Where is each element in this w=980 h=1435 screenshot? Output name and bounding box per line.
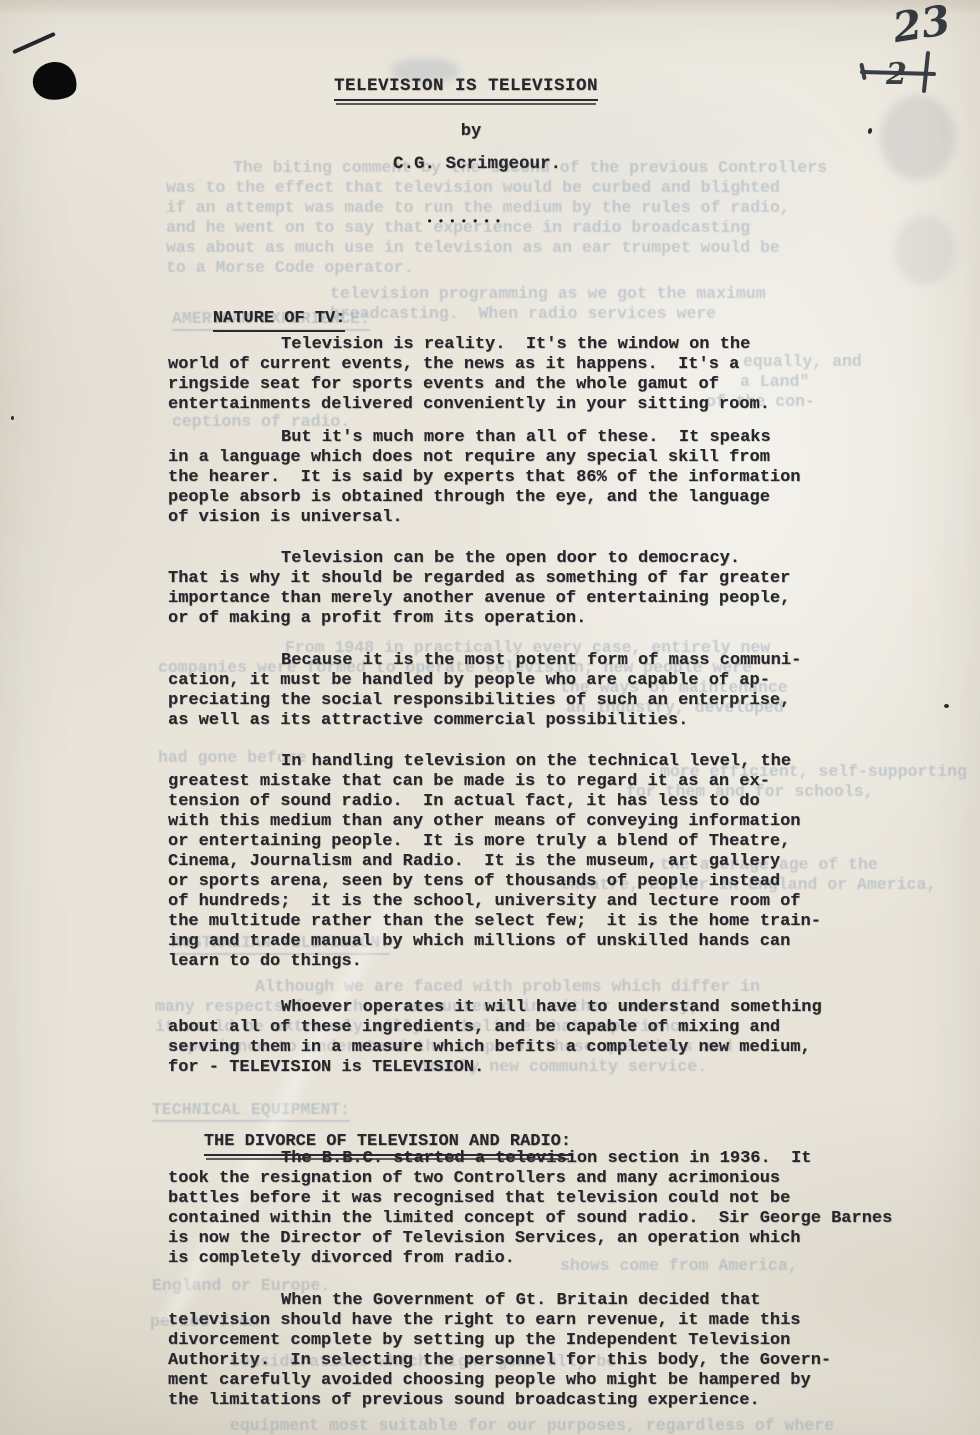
- typed-line: divorcement complete by setting up the I…: [168, 1331, 958, 1351]
- ghost-line: television programming as we got the max…: [330, 284, 766, 303]
- document-title: TELEVISION IS TELEVISION: [334, 76, 598, 101]
- typed-line: Whoever operates it will have to underst…: [168, 998, 958, 1018]
- typed-line: of vision is universal.: [168, 508, 958, 528]
- typed-line: people absorb is obtained through the ey…: [168, 488, 958, 508]
- typed-line: greatest mistake that can be made is to …: [168, 772, 958, 792]
- ghost-line: was to the effect that television would …: [166, 178, 780, 197]
- typed-line: with this medium than any other means of…: [168, 812, 958, 832]
- typed-line: Television is reality. It's the window o…: [168, 335, 958, 355]
- typed-line: ringside seat for sports events and the …: [168, 375, 958, 395]
- paper-smudge: [895, 215, 955, 285]
- typed-line: in a language which does not require any…: [168, 448, 958, 468]
- document-page: The biting comment by the second of the …: [0, 0, 980, 1435]
- typed-line: the limitations of previous sound broadc…: [168, 1391, 958, 1411]
- paragraph-much-more: But it's much more than all of these. It…: [168, 428, 958, 528]
- typed-line: ment carefully avoided choosing people w…: [168, 1371, 958, 1391]
- typed-line: is now the Director of Television Servic…: [168, 1229, 958, 1249]
- separator-dots: •••••••: [426, 215, 506, 229]
- paragraph-whoever-operates: Whoever operates it will have to underst…: [168, 998, 958, 1078]
- ghost-line: equipment most suitable for our purposes…: [230, 1416, 834, 1435]
- typed-line: took the resignation of two Controllers …: [168, 1169, 958, 1189]
- typed-line: serving them in a measure which befits a…: [168, 1038, 958, 1058]
- paragraph-technical-level: In handling television on the technical …: [168, 752, 958, 972]
- typed-line: Television can be the open door to democ…: [168, 549, 958, 569]
- typed-line: In handling television on the technical …: [168, 752, 958, 772]
- typed-line: of hundreds; it is the school, universit…: [168, 892, 958, 912]
- typed-line: world of current events, the news as it …: [168, 355, 958, 375]
- typed-line: the hearer. It is said by experts that 8…: [168, 468, 958, 488]
- typed-line: preciating the social responsibilities o…: [168, 691, 958, 711]
- typed-line: ing and trade manual by which millions o…: [168, 932, 958, 952]
- typed-line: entertainments delivered conveniently in…: [168, 395, 958, 415]
- typed-line: contained within the limited concept of …: [168, 1209, 958, 1229]
- handwritten-page-number: 23: [890, 0, 954, 52]
- typed-line: television should have the right to earn…: [168, 1311, 958, 1331]
- typed-line: Cinema, Journalism and Radio. It is the …: [168, 852, 958, 872]
- typed-line: The B.B.C. started a television section …: [168, 1149, 958, 1169]
- typed-line: is completely divorced from radio.: [168, 1249, 958, 1269]
- typed-line: for - TELEVISION is TELEVISION.: [168, 1058, 958, 1078]
- typed-line: or entertaining people. It is more truly…: [168, 832, 958, 852]
- typed-line: Because it is the most potent form of ma…: [168, 651, 958, 671]
- title-row: TELEVISION IS TELEVISION: [0, 76, 956, 96]
- ghost-line: was about as much use in television as a…: [166, 238, 780, 257]
- typed-line: That is why it should be regarded as som…: [168, 569, 958, 589]
- typed-line: Authority. In selecting the personnel fo…: [168, 1351, 958, 1371]
- typed-line: importance than merely another avenue of…: [168, 589, 958, 609]
- typed-line: cation, it must be handled by people who…: [168, 671, 958, 691]
- ghost-line: Although we are faced with problems whic…: [255, 977, 760, 996]
- typed-line: battles before it was recognised that te…: [168, 1189, 958, 1209]
- ghost-line: broadcasting. When radio services were: [330, 304, 716, 323]
- typed-line: But it's much more than all of these. It…: [168, 428, 958, 448]
- paragraph-open-door: Television can be the open door to democ…: [168, 549, 958, 629]
- typed-line: or of making a profit from its operation…: [168, 609, 958, 629]
- typed-line: the multitude rather than the select few…: [168, 912, 958, 932]
- byline-author: C.G. Scrimgeour.: [0, 154, 967, 174]
- typed-line: as well as its attractive commercial pos…: [168, 711, 958, 731]
- paragraph-gt-britain: When the Government of Gt. Britain decid…: [168, 1291, 958, 1411]
- ghost-line: to a Morse Code operator.: [166, 258, 414, 277]
- typed-line: about all of these ingredients, and be c…: [168, 1018, 958, 1038]
- typed-line: When the Government of Gt. Britain decid…: [168, 1291, 958, 1311]
- byline-by: by: [0, 122, 961, 141]
- typed-line: learn to do things.: [168, 952, 958, 972]
- paragraph-bbc-1936: The B.B.C. started a television section …: [168, 1149, 958, 1269]
- paragraph-mass-communication: Because it is the most potent form of ma…: [168, 651, 958, 731]
- pen-slash-mark: [12, 32, 56, 54]
- ink-speck: [11, 416, 14, 420]
- paragraph-television-is-reality: Television is reality. It's the window o…: [168, 335, 958, 415]
- typed-line: tension of sound radio. In actual fact, …: [168, 792, 958, 812]
- section-heading-text: NATURE OF TV:: [213, 309, 346, 332]
- typed-line: or sports arena, seen by tens of thousan…: [168, 872, 958, 892]
